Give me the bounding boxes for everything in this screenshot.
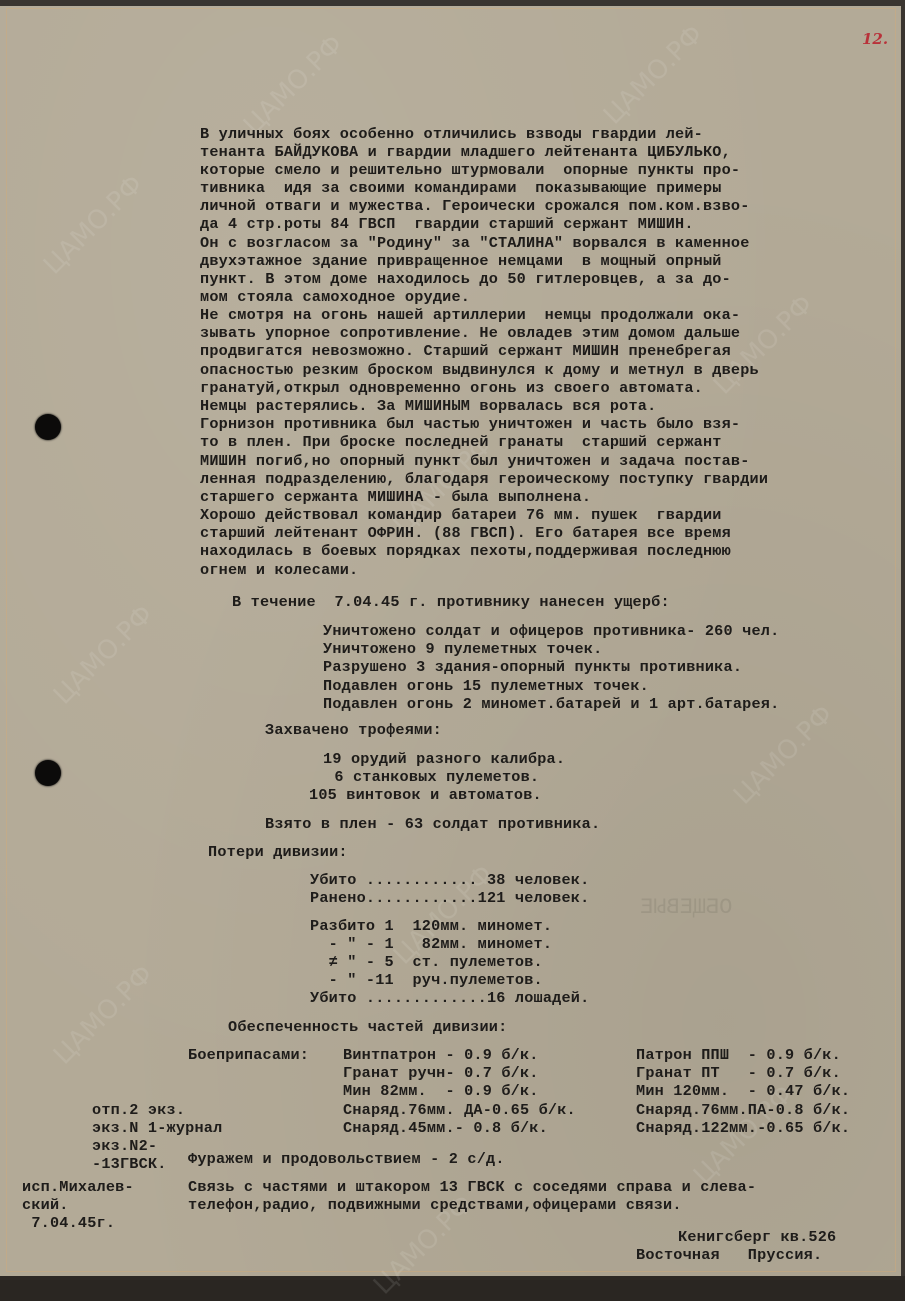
text-line: Он с возгласом за "Родину" за "СТАЛИНА" … <box>200 234 750 252</box>
supply-item: Винтпатрон - 0.9 б/к. <box>343 1046 539 1064</box>
scan-edge-right <box>901 0 905 1280</box>
prisoners-line: Взято в плен - 63 солдат противника. <box>265 815 600 833</box>
loss-item: Убито .............16 лошадей. <box>310 989 589 1007</box>
text-line: продвигатся невозможно. Старший сержант … <box>200 342 731 360</box>
scan-edge-bottom <box>0 1276 905 1280</box>
text-line: Кенигсберг кв.526 <box>678 1228 836 1246</box>
fodder-line: Фуражем и продовольствием - 2 с/д. <box>188 1150 505 1168</box>
damage-item: Подавлен огонь 15 пулеметных точек. <box>323 677 649 695</box>
text-line: ский. <box>22 1196 69 1214</box>
supply-item: Мин 120мм. - 0.47 б/к. <box>636 1082 850 1100</box>
text-line: огнем и колесами. <box>200 561 358 579</box>
text-line: да 4 стр.роты 84 ГВСП гвардии старший се… <box>200 215 694 233</box>
text-line: гранатуй,открыл одновременно огонь из св… <box>200 379 703 397</box>
text-line: телефон,радио, подвижными средствами,офи… <box>188 1196 682 1214</box>
text-line: экз.N2- <box>92 1137 157 1155</box>
text-line: Немцы растерялись. За МИШИНЫМ ворвалась … <box>200 397 656 415</box>
text-line: ленная подразделению, благодаря героичес… <box>200 470 768 488</box>
section-heading: Захвачено трофеями: <box>265 721 442 739</box>
loss-item: ≠ " - 5 ст. пулеметов. <box>310 953 543 971</box>
damage-item: Уничтожено 9 пулеметных точек. <box>323 640 602 658</box>
text-line: которые смело и решительно штурмовали оп… <box>200 161 740 179</box>
supply-item: Патрон ППШ - 0.9 б/к. <box>636 1046 841 1064</box>
section-heading: Обеспеченность частей дивизии: <box>228 1018 507 1036</box>
loss-item: Ранено............121 человек. <box>310 889 589 907</box>
loss-item: Убито ............ 38 человек. <box>310 871 589 889</box>
text-line: личной отваги и мужества. Героически сро… <box>200 197 750 215</box>
loss-item: - " -11 руч.пулеметов. <box>310 971 543 989</box>
section-heading: Потери дивизии: <box>208 843 348 861</box>
scan-edge-top <box>0 0 905 6</box>
supply-item: Снаряд.76мм.ПА-0.8 б/к. <box>636 1101 850 1119</box>
text-line: 7.04.45г. <box>22 1214 115 1232</box>
supply-item: Гранат ручн- 0.7 б/к. <box>343 1064 539 1082</box>
text-line: старший лейтенант ОФРИН. (88 ГВСП). Его … <box>200 524 731 542</box>
text-line: пункт. В этом доме находилось до 50 гитл… <box>200 270 731 288</box>
text-line: Горнизон противника был частью уничтожен… <box>200 415 740 433</box>
text-line: Связь с частями и штакором 13 ГВСК с сос… <box>188 1178 756 1196</box>
text-line: МИШИН погиб,но опорный пункт был уничтож… <box>200 452 750 470</box>
text-line: экз.N 1-журнал <box>92 1119 222 1137</box>
damage-item: Уничтожено солдат и офицеров противника-… <box>323 622 779 640</box>
punch-hole <box>35 414 61 440</box>
ammo-label: Боеприпасами: <box>188 1046 309 1064</box>
text-line: тенанта БАЙДУКОВА и гвардии младшего лей… <box>200 143 731 161</box>
damage-item: Подавлен огонь 2 миномет.батарей и 1 арт… <box>323 695 779 713</box>
damage-item: Разрушено 3 здания-опорный пункты против… <box>323 658 742 676</box>
text-line: отп.2 экз. <box>92 1101 185 1119</box>
text-line: -13ГВСК. <box>92 1155 167 1173</box>
text-line: находилась в боевых порядках пехоты,подд… <box>200 542 731 560</box>
supply-item: Снаряд.45мм.- 0.8 б/к. <box>343 1119 548 1137</box>
supply-item: Снаряд.76мм. ДА-0.65 б/к. <box>343 1101 576 1119</box>
loss-item: Разбито 1 120мм. миномет. <box>310 917 552 935</box>
supply-item: Снаряд.122мм.-0.65 б/к. <box>636 1119 850 1137</box>
text-line: Не смотря на огонь нашей артиллерии немц… <box>200 306 740 324</box>
text-line: исп.Михалев- <box>22 1178 134 1196</box>
section-heading: В течение 7.04.45 г. противнику нанесен … <box>232 593 670 611</box>
trophy-item: 105 винтовок и автоматов. <box>309 786 542 804</box>
text-line: то в плен. При броске последней гранаты … <box>200 433 722 451</box>
text-line: тивника идя за своими командирами показы… <box>200 179 722 197</box>
text-line: Восточная Пруссия. <box>636 1246 822 1264</box>
punch-hole <box>35 760 61 786</box>
text-line: Хорошо действовал командир батареи 76 мм… <box>200 506 722 524</box>
supply-item: Гранат ПТ - 0.7 б/к. <box>636 1064 841 1082</box>
supply-item: Мин 82мм. - 0.9 б/к. <box>343 1082 539 1100</box>
loss-item: - " - 1 82мм. миномет. <box>310 935 552 953</box>
bleed-through-text: ОБЩЕВЫЕ <box>640 895 732 920</box>
folio-number: 12. <box>862 30 888 48</box>
text-line: опасностью резким броском выдвинулся к д… <box>200 361 759 379</box>
text-line: двухэтажное здание привращенное немцами … <box>200 252 722 270</box>
document-page: ЦАМО.РФ ЦАМО.РФ ЦАМО.РФ ЦАМО.РФ ЦАМО.РФ … <box>0 0 905 1280</box>
trophy-item: 19 орудий разного калибра. <box>323 750 565 768</box>
trophy-item: 6 станковых пулеметов. <box>325 768 539 786</box>
text-line: В уличных боях особенно отличились взвод… <box>200 125 703 143</box>
text-line: зывать упорное сопротивление. Не овладев… <box>200 324 740 342</box>
text-line: мом стояла самоходное орудие. <box>200 288 470 306</box>
text-line: старшего сержанта МИШИНА - была выполнен… <box>200 488 591 506</box>
